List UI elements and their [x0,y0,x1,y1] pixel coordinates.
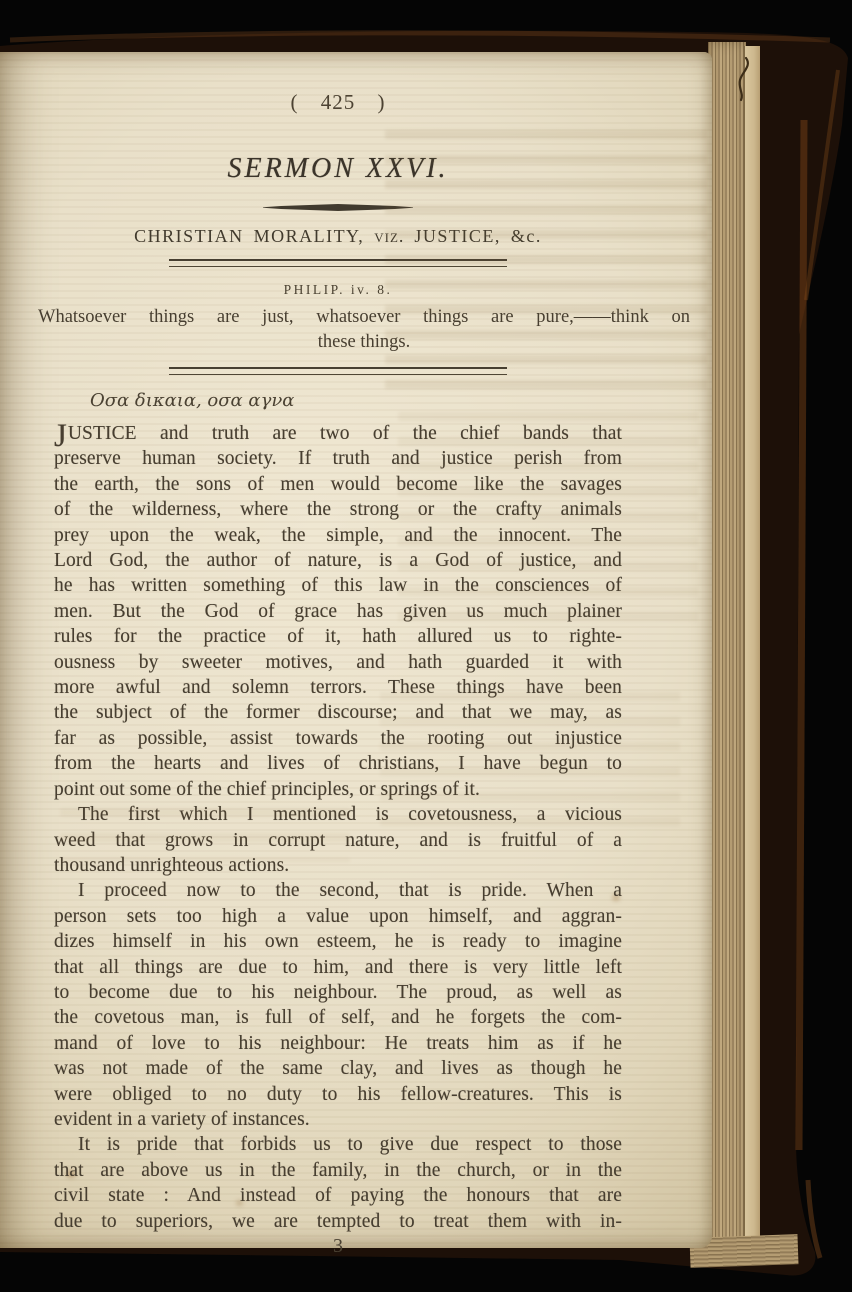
scripture-epigraph: Whatsoever things are just, whatsoever t… [38,305,690,355]
paragraph: It is pride that forbids us to give due … [54,1132,622,1234]
subject-viz: viz. [374,226,404,246]
text-line: weed that grows in corrupt nature, and i… [54,828,622,853]
text-line: prey upon the weak, the simple, and the … [54,523,622,548]
book-page: ( 425 ) SERMON XXVI. CHRISTIAN MORALITY,… [0,52,712,1248]
text-line: that all things are due to him, and ther… [54,955,622,980]
subject-part1: CHRISTIAN MORALITY, [134,226,374,246]
sermon-title: SERMON XXVI. [54,153,622,185]
subject-part2: JUSTICE, &c. [404,226,542,246]
text-line: It is pride that forbids us to give due … [54,1132,622,1157]
paragraph: I proceed now to the second, that is pri… [54,878,622,1132]
text-column: ( 425 ) SERMON XXVI. CHRISTIAN MORALITY,… [54,52,622,1258]
signature-mark: 3 [54,1235,622,1258]
page-number: ( 425 ) [54,90,622,115]
book-photograph: { "page": { "page_number": "( 425 )", "t… [0,0,852,1292]
text-line: the earth, the sons of men would become … [54,472,622,497]
text-line: Lord God, the author of nature, is a God… [54,548,622,573]
text-line: due to superiors, we are tempted to trea… [54,1209,622,1234]
text-line: The first which I mentioned is covetousn… [54,802,622,827]
text-line: civil state : And instead of paying the … [54,1183,622,1208]
epigraph-line: these things. [38,330,690,355]
text-line: to become due to his neighbour. The prou… [54,980,622,1005]
text-line: rules for the practice of it, hath allur… [54,624,622,649]
text-line: ousness by sweeter motives, and hath gua… [54,650,622,675]
body-text: JUSTICE and truth are two of the chief b… [54,421,622,1234]
text-line: he has written something of this law in … [54,573,622,598]
double-rule-divider [169,259,507,267]
scripture-reference: PHILIP. iv. 8. [54,282,622,298]
text-line: were obliged to no duty to his fellow-cr… [54,1082,622,1107]
text-line: more awful and solemn terrors. These thi… [54,675,622,700]
swelled-rule-divider [263,204,413,211]
text-line: from the hearts and lives of christians,… [54,751,622,776]
text-line: evident in a variety of instances. [54,1107,622,1132]
text-line: dizes himself in his own esteem, he is r… [54,929,622,954]
book-page-edges [708,42,746,1260]
greek-quotation: Οσα δικαια, οσα αγνα [54,390,622,411]
sermon-subject-heading: CHRISTIAN MORALITY, viz. JUSTICE, &c. [54,226,622,247]
text-line: person sets too high a value upon himsel… [54,904,622,929]
text-line: point out some of the chief principles, … [54,777,622,802]
text-line: the covetous man, is full of self, and h… [54,1005,622,1030]
text-line: far as possible, assist towards the root… [54,726,622,751]
dropcap-word-rest: USTICE [68,423,137,444]
text-line: the subject of the former discourse; and… [54,700,622,725]
text-line: that are above us in the family, in the … [54,1158,622,1183]
paragraph: The first which I mentioned is covetousn… [54,802,622,878]
fiber-artifact [730,56,756,102]
text-line: of the wilderness, where the strong or t… [54,497,622,522]
paragraph: JUSTICE and truth are two of the chief b… [54,421,622,802]
double-rule-divider [169,367,507,375]
text-line: JUSTICE and truth are two of the chief b… [54,421,622,446]
text-line: was not made of the same clay, and lives… [54,1056,622,1081]
text-line: I proceed now to the second, that is pri… [54,878,622,903]
text-line: preserve human society. If truth and jus… [54,446,622,471]
epigraph-line: Whatsoever things are just, whatsoever t… [38,305,690,330]
text-line: thousand unrighteous actions. [54,853,622,878]
book-page-edges-outer [744,46,760,1258]
text-line: mand of love to his neighbour: He treats… [54,1031,622,1056]
text-line: men. But the God of grace has given us m… [54,599,622,624]
